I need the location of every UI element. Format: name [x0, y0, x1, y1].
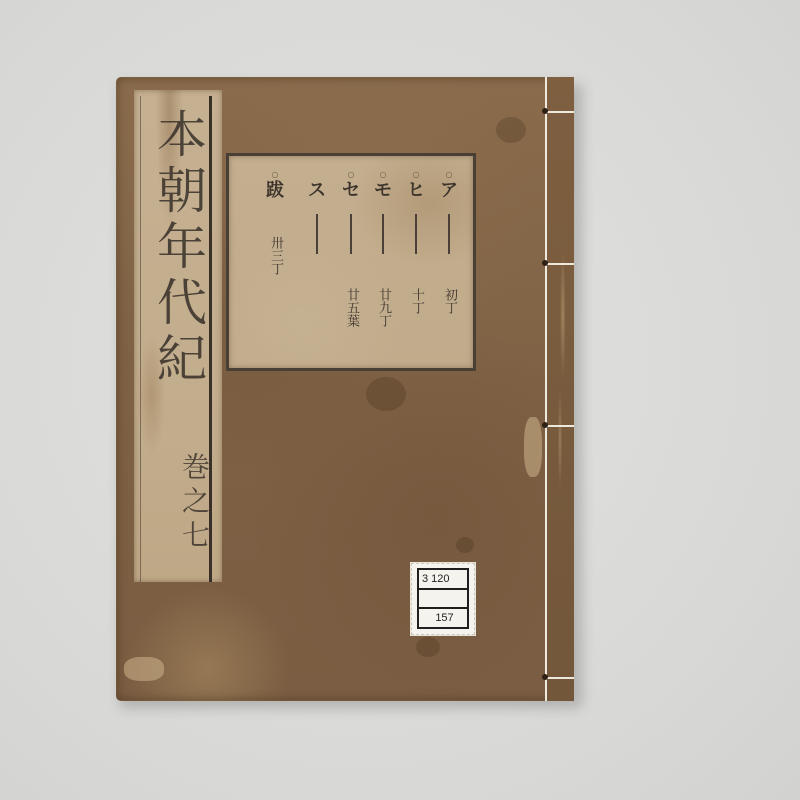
leader-line [350, 214, 352, 254]
toc-page: 初丁 [441, 288, 457, 314]
toc-heading: セ [337, 180, 365, 202]
call-number-row-3: 157 [419, 609, 467, 627]
binding-thread-loop [546, 425, 574, 427]
worn-patch [124, 657, 164, 681]
ruby-mark: ○ [337, 170, 365, 180]
book-cover: 本朝年代紀 巻之七 ○ ア 初丁 ○ ヒ 十丁 ○ モ 廿九丁 ○ セ 廿五葉 [116, 77, 574, 701]
toc-column: ○ モ 廿九丁 [369, 170, 397, 327]
toc-heading: ア [435, 180, 463, 202]
binding-thread-loop [546, 111, 574, 113]
call-number-grid: 3 120 157 [417, 568, 469, 629]
binding-thread [545, 77, 547, 701]
toc-heading: 跋 [261, 180, 289, 202]
ruby-mark [303, 170, 331, 180]
toc-heading: ス [303, 180, 331, 202]
leader-line [448, 214, 450, 254]
stain [496, 117, 526, 143]
toc-page: 廿九丁 [375, 288, 391, 327]
toc-column: ス [303, 170, 331, 288]
ruby-mark: ○ [369, 170, 397, 180]
volume-number: 巻之七 [174, 452, 214, 554]
binding-hole [542, 260, 548, 266]
toc-heading: モ [369, 180, 397, 202]
binding-thread-loop [546, 677, 574, 679]
title-slip: 本朝年代紀 巻之七 [134, 90, 222, 582]
binding-hole [542, 674, 548, 680]
stain [416, 637, 440, 657]
ruby-mark: ○ [402, 170, 430, 180]
binding-hole [542, 108, 548, 114]
toc-column: ○ ア 初丁 [435, 170, 463, 314]
binding-thread-loop [546, 263, 574, 265]
toc-page: 廿五葉 [343, 288, 359, 327]
stain [366, 377, 406, 411]
ruby-mark: ○ [261, 170, 289, 180]
leader-line [382, 214, 384, 254]
leader-line [316, 214, 318, 254]
call-number-row-2 [419, 590, 467, 610]
stain [456, 537, 474, 553]
ruby-mark: ○ [435, 170, 463, 180]
worn-patch [524, 417, 542, 477]
call-number-row-1: 3 120 [419, 570, 467, 590]
binding-hole [542, 422, 548, 428]
book-title: 本朝年代紀 [148, 108, 208, 388]
leader-line [415, 214, 417, 254]
contents-label: ○ ア 初丁 ○ ヒ 十丁 ○ モ 廿九丁 ○ セ 廿五葉 ス [226, 153, 476, 371]
spine-flap [545, 77, 574, 701]
library-call-number-label: 3 120 157 [411, 563, 475, 635]
toc-column: ○ セ 廿五葉 [337, 170, 365, 327]
toc-column: ○ ヒ 十丁 [402, 170, 430, 314]
toc-column: ○ 跋 卅三丁 [261, 170, 289, 275]
toc-heading: ヒ [402, 180, 430, 202]
toc-page: 卅三丁 [267, 236, 283, 275]
toc-page: 十丁 [408, 288, 424, 314]
